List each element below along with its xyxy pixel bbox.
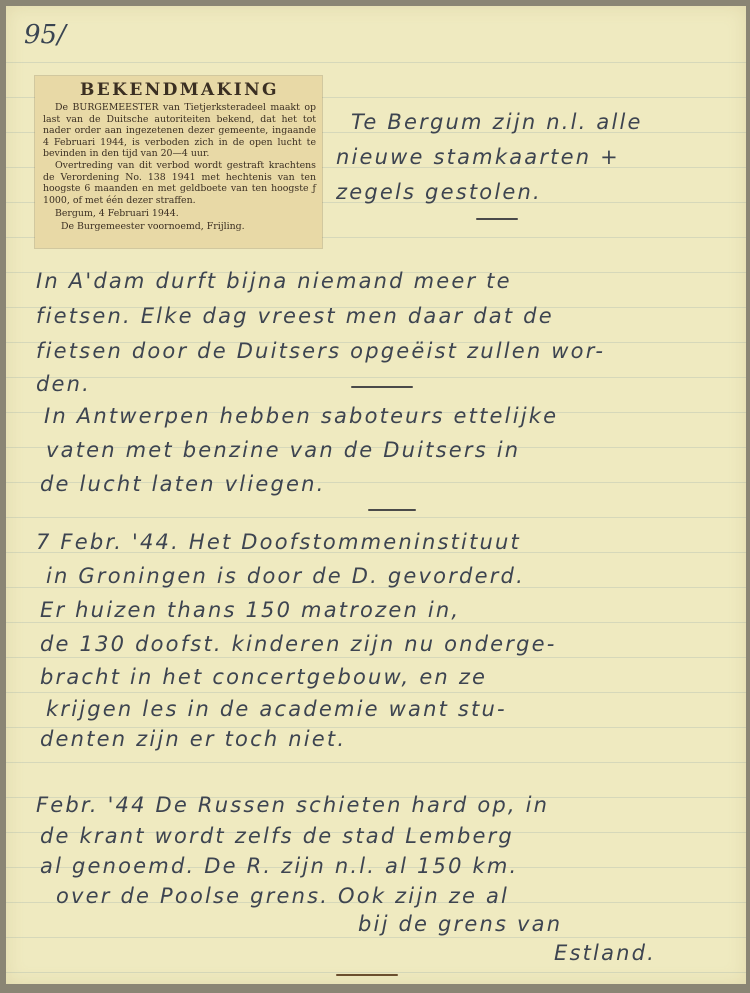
entry-5-line-3: al genoemd. De R. zijn n.l. al 150 km. (40, 854, 518, 878)
entry-5-line-4: over de Poolse grens. Ook zijn ze al (56, 884, 509, 908)
entry-3-line-2: vaten met benzine van de Duitsers in (46, 438, 520, 462)
entry-4-line-4: de 130 doofst. kinderen zijn nu onderge- (40, 632, 557, 656)
entry-4-line-5: bracht in het concertgebouw, en ze (40, 665, 487, 689)
newspaper-clipping: BEKENDMAKING De BURGEMEESTER van Tietjer… (35, 76, 322, 248)
entry-4-line-1: 7 Febr. '44. Het Doofstommeninstituut (36, 530, 521, 554)
entry-5-line-5: bij de grens van (358, 912, 562, 936)
entry-2-line-2: fietsen. Elke dag vreest men daar dat de (36, 304, 554, 328)
clipping-title: BEKENDMAKING (43, 80, 316, 100)
entry-5-line-6: Estland. (554, 941, 656, 965)
entry-1-line-2: nieuwe stamkaarten + (336, 145, 620, 169)
entry-4-line-7: denten zijn er toch niet. (40, 727, 346, 751)
entry-5-line-2: de krant wordt zelfs de stad Lemberg (40, 824, 514, 848)
entry-2-line-4: den. (36, 372, 91, 396)
clipping-paragraph-1: De BURGEMEESTER van Tietjerksteradeel ma… (43, 102, 316, 160)
clipping-paragraph-2: Overtreding van dit verbod wordt gestraf… (43, 160, 316, 206)
entry-2-line-1: In A'dam durft bijna niemand meer te (36, 269, 512, 293)
entry-4-line-2: in Groningen is door de D. gevorderd. (46, 564, 525, 588)
entry-2-line-3: fietsen door de Duitsers opgeëist zullen… (36, 339, 605, 363)
section-divider (336, 974, 398, 976)
diary-page: 95/ BEKENDMAKING De BURGEMEESTER van Tie… (6, 6, 746, 984)
entry-5-line-1: Febr. '44 De Russen schieten hard op, in (36, 793, 549, 817)
clipping-signature: De Burgemeester voornoemd, Frijling. (43, 221, 316, 233)
clipping-place-date: Bergum, 4 Februari 1944. (43, 208, 316, 220)
entry-3-line-1: In Antwerpen hebben saboteurs ettelijke (44, 404, 558, 428)
entry-1-line-1: Te Bergum zijn n.l. alle (351, 110, 643, 134)
section-divider (476, 218, 518, 220)
page-number: 95/ (24, 20, 66, 50)
section-divider (351, 386, 413, 388)
entry-1-line-3: zegels gestolen. (336, 180, 542, 204)
section-divider (368, 509, 416, 511)
entry-4-line-6: krijgen les in de academie want stu- (46, 697, 507, 721)
entry-3-line-3: de lucht laten vliegen. (40, 472, 326, 496)
entry-4-line-3: Er huizen thans 150 matrozen in, (40, 598, 460, 622)
